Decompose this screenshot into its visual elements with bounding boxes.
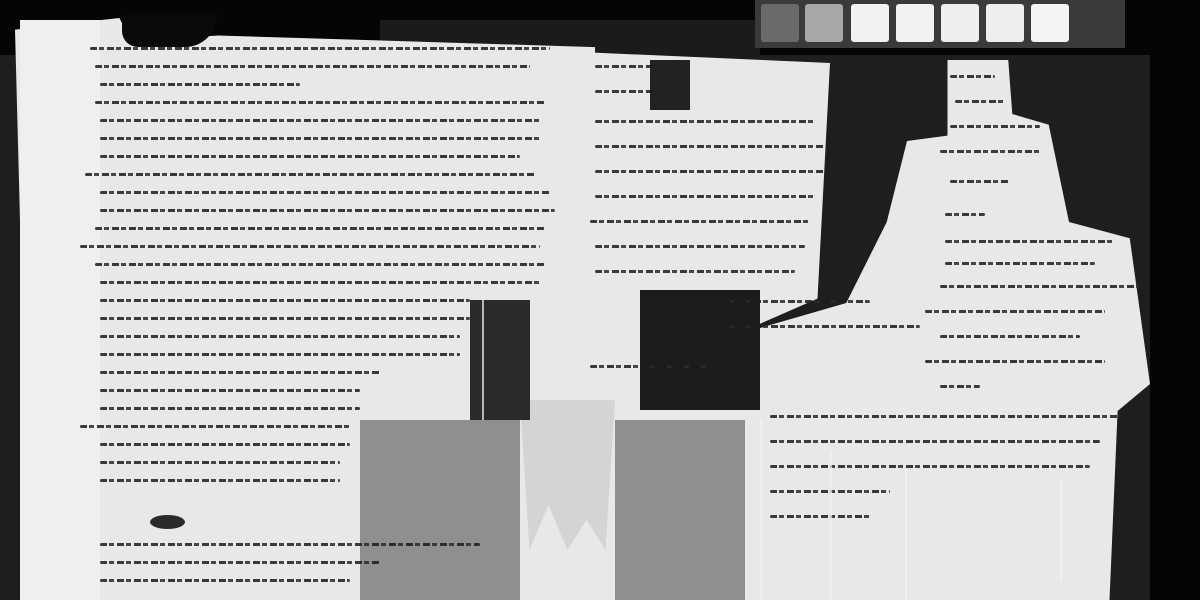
- text-line: [80, 425, 350, 428]
- text-line: [100, 389, 360, 392]
- text-line: [940, 335, 1080, 338]
- gray-patch-1: [761, 4, 799, 42]
- papyrus-fiber: [1060, 480, 1062, 580]
- text-line: [955, 100, 1005, 103]
- text-line: [590, 220, 810, 223]
- papyrus-fiber: [830, 450, 832, 600]
- text-line: [95, 263, 545, 266]
- papyrus-hanging-fibers: [520, 400, 615, 550]
- text-line: [95, 65, 530, 68]
- grayscale-calibration-card: [755, 0, 1125, 48]
- text-line: [770, 415, 1120, 418]
- gap-2: [640, 290, 760, 410]
- text-line: [945, 240, 1115, 243]
- papyrus-fiber: [760, 420, 762, 600]
- gap-3: [470, 300, 530, 420]
- text-line: [100, 407, 360, 410]
- text-line: [940, 150, 1040, 153]
- repair-backing-right: [615, 420, 745, 600]
- text-line: [100, 191, 550, 194]
- text-line: [100, 335, 460, 338]
- text-line: [100, 317, 470, 320]
- text-line: [720, 300, 870, 303]
- text-line: [595, 120, 815, 123]
- text-line: [100, 209, 555, 212]
- text-line: [770, 515, 870, 518]
- text-line: [100, 155, 520, 158]
- text-line: [940, 285, 1140, 288]
- text-line: [100, 561, 380, 564]
- text-line: [595, 245, 805, 248]
- papyrus-fiber: [905, 470, 907, 600]
- text-line: [100, 281, 540, 284]
- text-line: [945, 213, 985, 216]
- ink-blot: [150, 515, 185, 529]
- text-line: [590, 365, 710, 368]
- text-line: [80, 245, 540, 248]
- gray-patch-2: [805, 4, 843, 42]
- gray-patch-3: [851, 4, 889, 42]
- papyrus-left-margin: [20, 20, 100, 600]
- text-line: [100, 83, 300, 86]
- right-edge-background: [1150, 0, 1200, 600]
- text-line: [720, 325, 920, 328]
- text-line: [595, 65, 655, 68]
- text-line: [770, 465, 1090, 468]
- text-line: [595, 195, 815, 198]
- text-line: [950, 125, 1040, 128]
- text-line: [595, 145, 825, 148]
- gap-4: [835, 60, 885, 200]
- text-line: [100, 353, 460, 356]
- text-line: [925, 360, 1105, 363]
- text-line: [595, 170, 825, 173]
- text-line: [95, 227, 545, 230]
- text-line: [100, 443, 350, 446]
- text-line: [95, 101, 545, 104]
- repair-backing-left: [360, 420, 520, 600]
- text-line: [100, 119, 540, 122]
- gray-patch-6: [986, 4, 1024, 42]
- text-line: [950, 180, 1010, 183]
- text-line: [950, 75, 995, 78]
- text-line: [100, 479, 340, 482]
- text-line: [100, 543, 480, 546]
- text-line: [100, 579, 350, 582]
- text-line: [100, 137, 540, 140]
- text-line: [100, 371, 380, 374]
- text-line: [940, 385, 980, 388]
- text-line: [85, 173, 535, 176]
- text-line: [90, 47, 550, 50]
- gap-1: [650, 60, 690, 110]
- text-line: [100, 299, 470, 302]
- text-line: [100, 461, 340, 464]
- text-line: [945, 262, 1095, 265]
- gray-patch-5: [941, 4, 979, 42]
- papyrus-fiber: [482, 300, 484, 420]
- text-line: [770, 440, 1100, 443]
- text-line: [925, 310, 1105, 313]
- gray-patch-4: [896, 4, 934, 42]
- gray-patch-7: [1031, 4, 1069, 42]
- text-line: [595, 270, 795, 273]
- text-line: [595, 90, 655, 93]
